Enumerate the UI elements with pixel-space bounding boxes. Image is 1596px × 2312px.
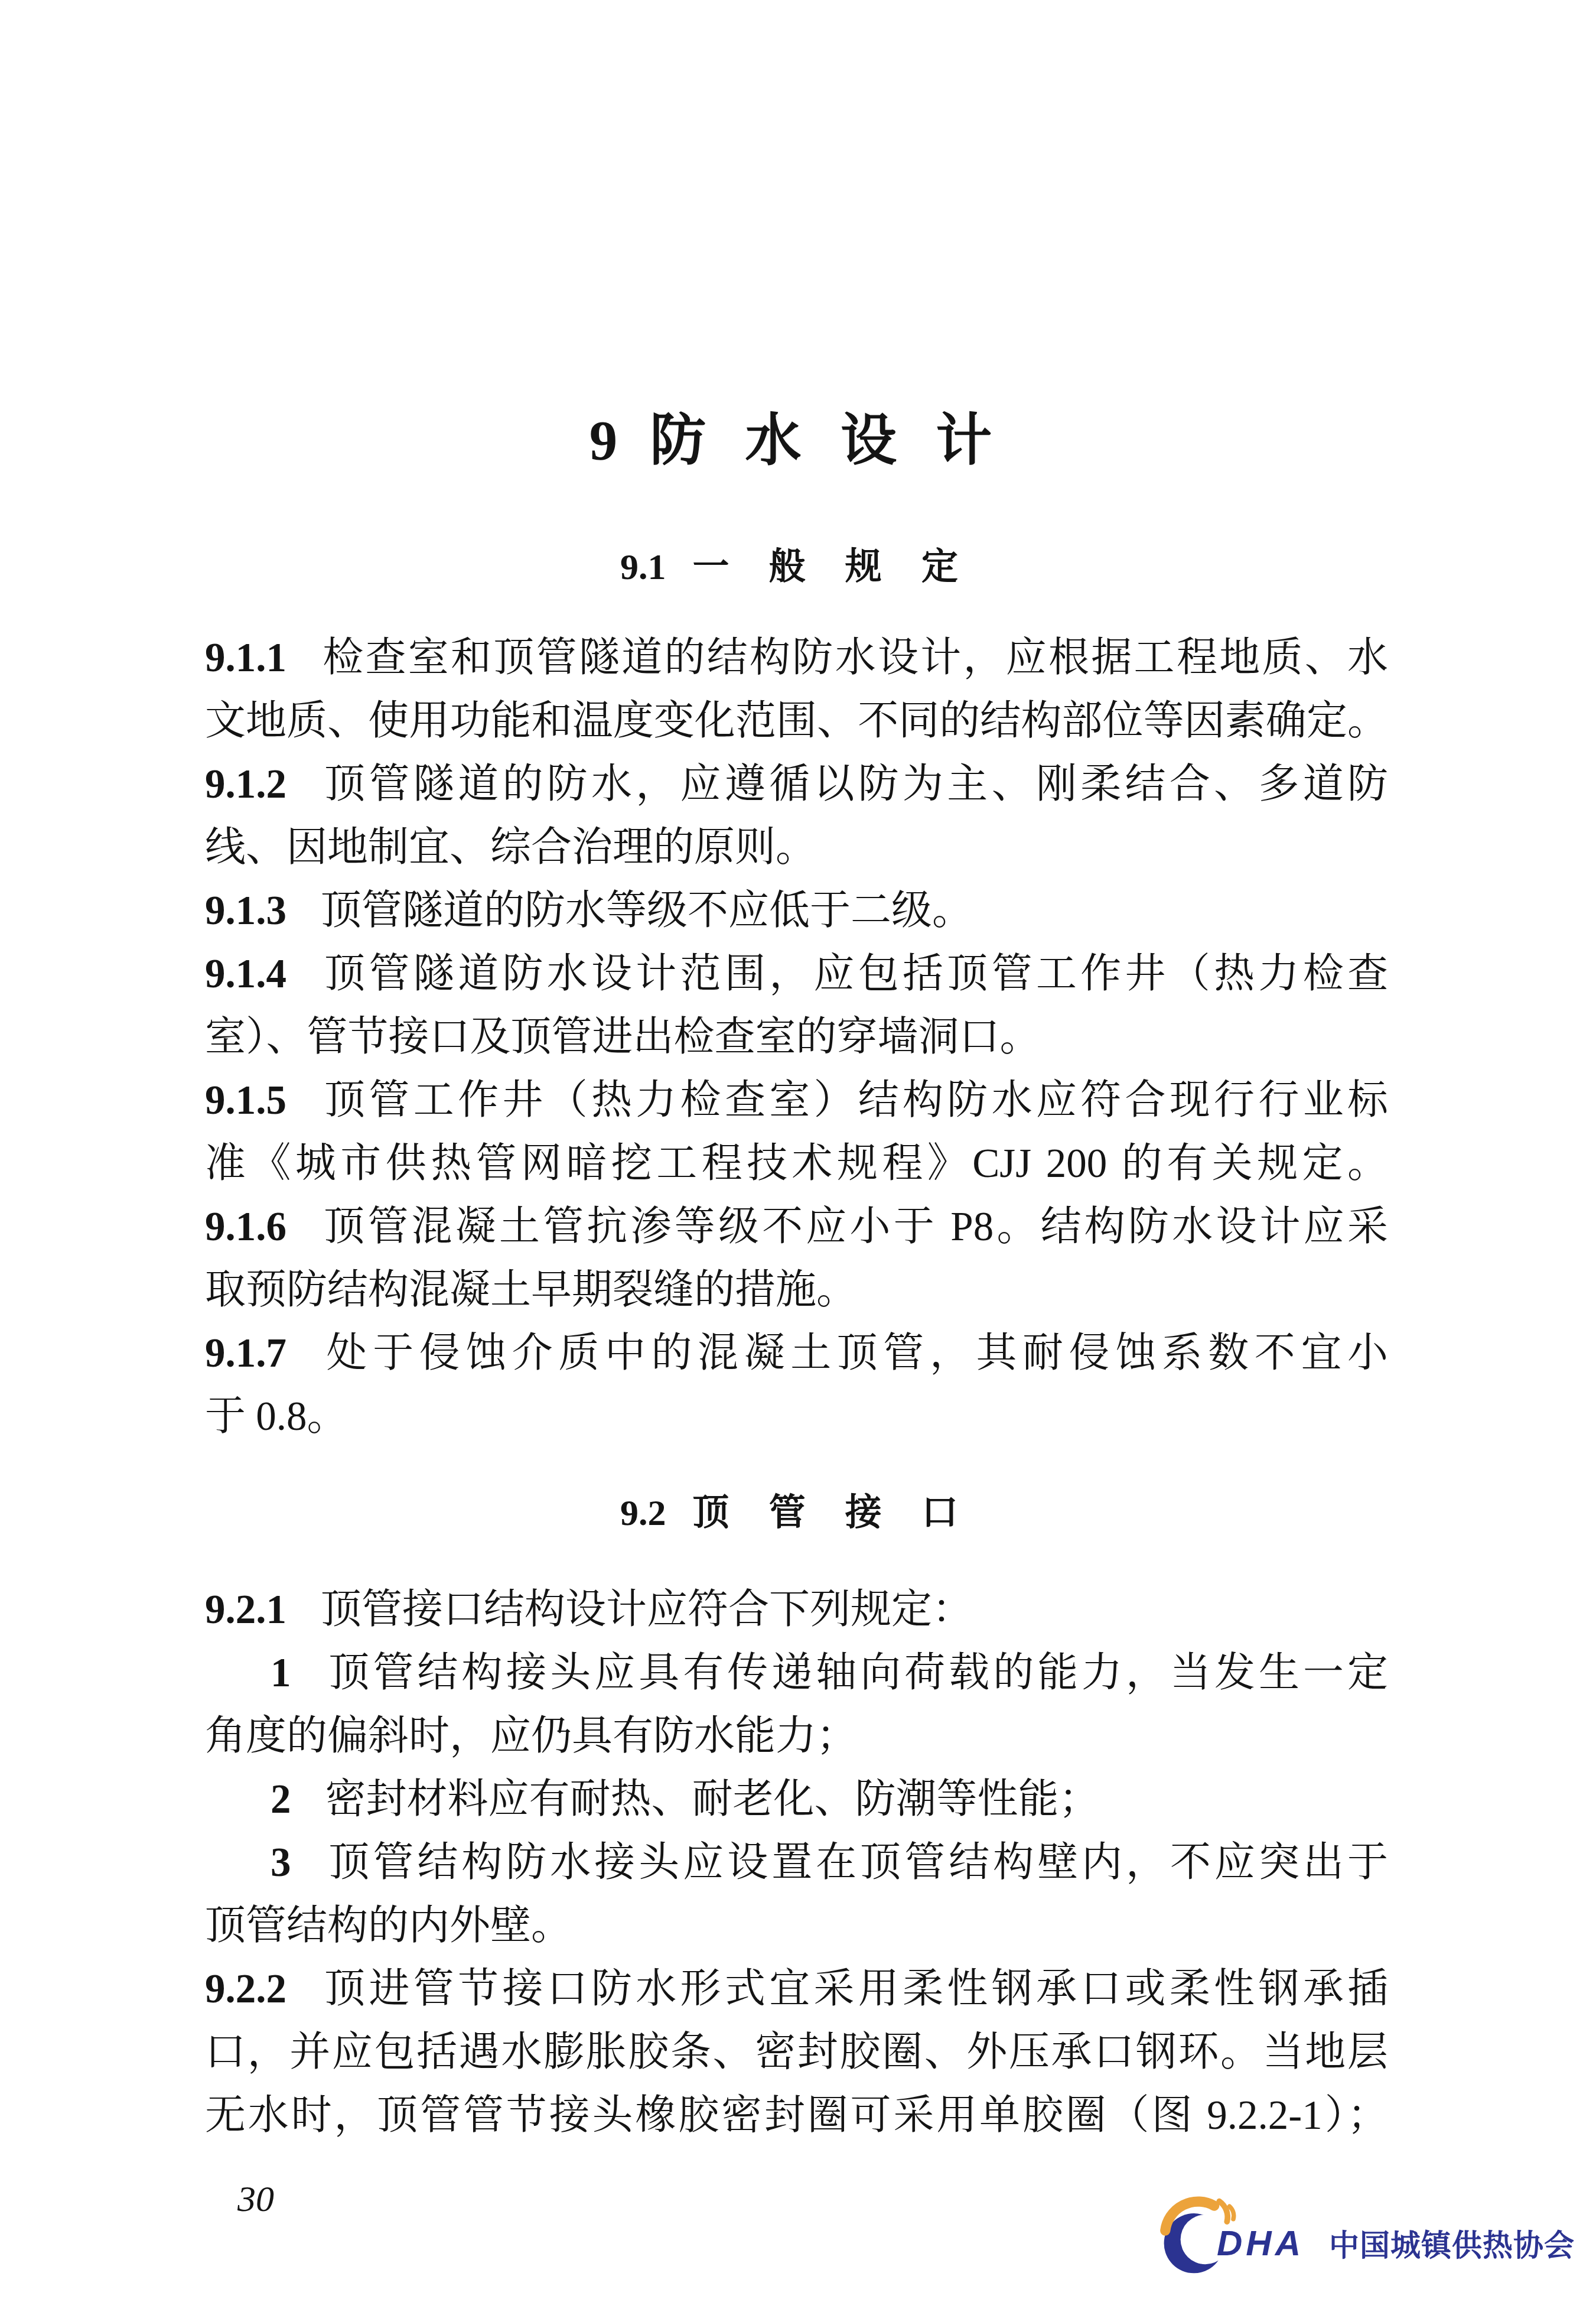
section-title-text: 顶 管 接 口	[692, 1492, 973, 1533]
line-text: 顶管结构防水接头应设置在顶管结构壁内，不应突出于	[325, 1840, 1389, 1885]
section-title-9-2: 9.2顶 管 接 口	[205, 1490, 1388, 1537]
text-line: 取预防结构混凝土早期裂缝的措施。	[205, 1259, 1388, 1322]
text-line: 9.1.7处于侵蚀介质中的混凝土顶管，其耐侵蚀系数不宜小	[205, 1322, 1388, 1385]
text-line: 角度的偏斜时，应仍具有防水能力；	[205, 1705, 1388, 1768]
clause-number: 9.1.3	[205, 888, 286, 933]
text-line: 9.1.6顶管混凝土管抗渗等级不应小于 P8。结构防水设计应采	[205, 1195, 1388, 1259]
line-text: 顶进管节接口防水形式宜采用柔性钢承口或柔性钢承插	[321, 1966, 1388, 2011]
text-line: 9.1.5顶管工作井（热力检查室）结构防水应符合现行行业标	[205, 1069, 1388, 1132]
line-text: 准《城市供热管网暗挖工程技术规程》CJJ 200 的有关规定。	[205, 1141, 1388, 1186]
text-line: 1顶管结构接头应具有传递轴向荷载的能力，当发生一定	[205, 1641, 1388, 1705]
line-text: 顶管结构接头应具有传递轴向荷载的能力，当发生一定	[325, 1650, 1389, 1695]
clause-number: 9.2.1	[205, 1587, 286, 1632]
line-text: 处于侵蚀介质中的混凝土顶管，其耐侵蚀系数不宜小	[321, 1331, 1388, 1376]
section-number: 9.1	[620, 547, 666, 587]
clause-number: 9.1.1	[205, 635, 286, 680]
list-item-number: 1	[271, 1650, 291, 1695]
line-text: 角度的偏斜时，应仍具有防水能力；	[205, 1713, 857, 1758]
logo-org-name: 中国城镇供热协会	[1329, 2221, 1575, 2265]
line-text: 顶管接口结构设计应符合下列规定：	[321, 1587, 973, 1632]
text-line: 顶管结构的内外壁。	[205, 1894, 1388, 1957]
text-line: 准《城市供热管网暗挖工程技术规程》CJJ 200 的有关规定。	[205, 1132, 1388, 1195]
line-text: 口，并应包括遇水膨胀胶条、密封胶圈、外压承口钢环。当地层	[205, 2030, 1388, 2074]
text-column: 9防 水 设 计 9.1一 般 规 定 9.1.1检查室和顶管隧道的结构防水设计…	[205, 408, 1388, 2223]
line-text: 顶管结构的内外壁。	[205, 1903, 572, 1948]
text-line: 9.1.4顶管隧道防水设计范围，应包括顶管工作井（热力检查	[205, 942, 1388, 1006]
clause-number: 9.2.2	[205, 1966, 286, 2011]
clause-number: 9.1.7	[205, 1331, 286, 1376]
list-item-number: 2	[271, 1777, 291, 1822]
section-title-9-1: 9.1一 般 规 定	[205, 544, 1388, 591]
line-text: 顶管隧道的防水等级不应低于二级。	[321, 888, 973, 933]
section-title-text: 一 般 规 定	[692, 547, 973, 587]
text-line: 3顶管结构防水接头应设置在顶管结构壁内，不应突出于	[205, 1831, 1388, 1894]
clause-number: 9.1.2	[205, 762, 286, 807]
line-text: 文地质、使用功能和温度变化范围、不同的结构部位等因素确定。	[205, 698, 1388, 743]
line-text: 无水时，顶管管节接头橡胶密封圈可采用单胶圈（图 9.2.2-1）；	[205, 2093, 1388, 2138]
list-item-number: 3	[271, 1840, 291, 1885]
text-line: 室）、管节接口及顶管进出检查室的穿墙洞口。	[205, 1006, 1388, 1069]
section-9-2-body: 9.2.1顶管接口结构设计应符合下列规定： 1顶管结构接头应具有传递轴向荷载的能…	[205, 1578, 1388, 2147]
text-line: 9.1.1检查室和顶管隧道的结构防水设计，应根据工程地质、水	[205, 626, 1388, 690]
line-text: 顶管工作井（热力检查室）结构防水应符合现行行业标	[321, 1078, 1388, 1123]
clause-number: 9.1.4	[205, 951, 286, 996]
text-line: 9.1.2顶管隧道的防水，应遵循以防为主、刚柔结合、多道防	[205, 753, 1388, 816]
text-line: 于 0.8。	[205, 1385, 1388, 1448]
line-text: 于 0.8。	[205, 1394, 348, 1439]
line-text: 顶管隧道防水设计范围，应包括顶管工作井（热力检查	[321, 951, 1388, 996]
section-number: 9.2	[620, 1493, 666, 1533]
clause-number: 9.1.6	[205, 1204, 286, 1249]
text-line: 口，并应包括遇水膨胀胶条、密封胶圈、外压承口钢环。当地层	[205, 2021, 1388, 2084]
chapter-title: 9防 水 设 计	[205, 408, 1388, 474]
line-text: 密封材料应有耐热、耐老化、防潮等性能；	[325, 1777, 1100, 1822]
chapter-title-text: 防 水 设 计	[650, 409, 1004, 472]
text-line: 无水时，顶管管节接头橡胶密封圈可采用单胶圈（图 9.2.2-1）；	[205, 2084, 1388, 2147]
text-line: 9.1.3顶管隧道的防水等级不应低于二级。	[205, 879, 1388, 942]
line-text: 取预防结构混凝土早期裂缝的措施。	[205, 1267, 857, 1312]
document-page: 9防 水 设 计 9.1一 般 规 定 9.1.1检查室和顶管隧道的结构防水设计…	[0, 0, 1596, 2312]
text-line: 2密封材料应有耐热、耐老化、防潮等性能；	[205, 1768, 1388, 1831]
chapter-number: 9	[589, 409, 618, 472]
logo-abbr-text: DHA	[1217, 2223, 1304, 2264]
line-text: 顶管混凝土管抗渗等级不应小于 P8。结构防水设计应采	[321, 1204, 1388, 1249]
text-line: 线、因地制宜、综合治理的原则。	[205, 816, 1388, 879]
line-text: 检查室和顶管隧道的结构防水设计，应根据工程地质、水	[321, 635, 1388, 680]
cdha-logo: DHA 中国城镇供热协会	[1159, 2186, 1575, 2284]
line-text: 线、因地制宜、综合治理的原则。	[205, 825, 816, 870]
clause-number: 9.1.5	[205, 1078, 286, 1123]
text-line: 9.2.1顶管接口结构设计应符合下列规定：	[205, 1578, 1388, 1641]
line-text: 顶管隧道的防水，应遵循以防为主、刚柔结合、多道防	[321, 762, 1388, 807]
text-line: 文地质、使用功能和温度变化范围、不同的结构部位等因素确定。	[205, 690, 1388, 753]
text-line: 9.2.2顶进管节接口防水形式宜采用柔性钢承口或柔性钢承插	[205, 1957, 1388, 2021]
section-9-1-body: 9.1.1检查室和顶管隧道的结构防水设计，应根据工程地质、水 文地质、使用功能和…	[205, 626, 1388, 1448]
line-text: 室）、管节接口及顶管进出检查室的穿墙洞口。	[205, 1014, 1041, 1059]
